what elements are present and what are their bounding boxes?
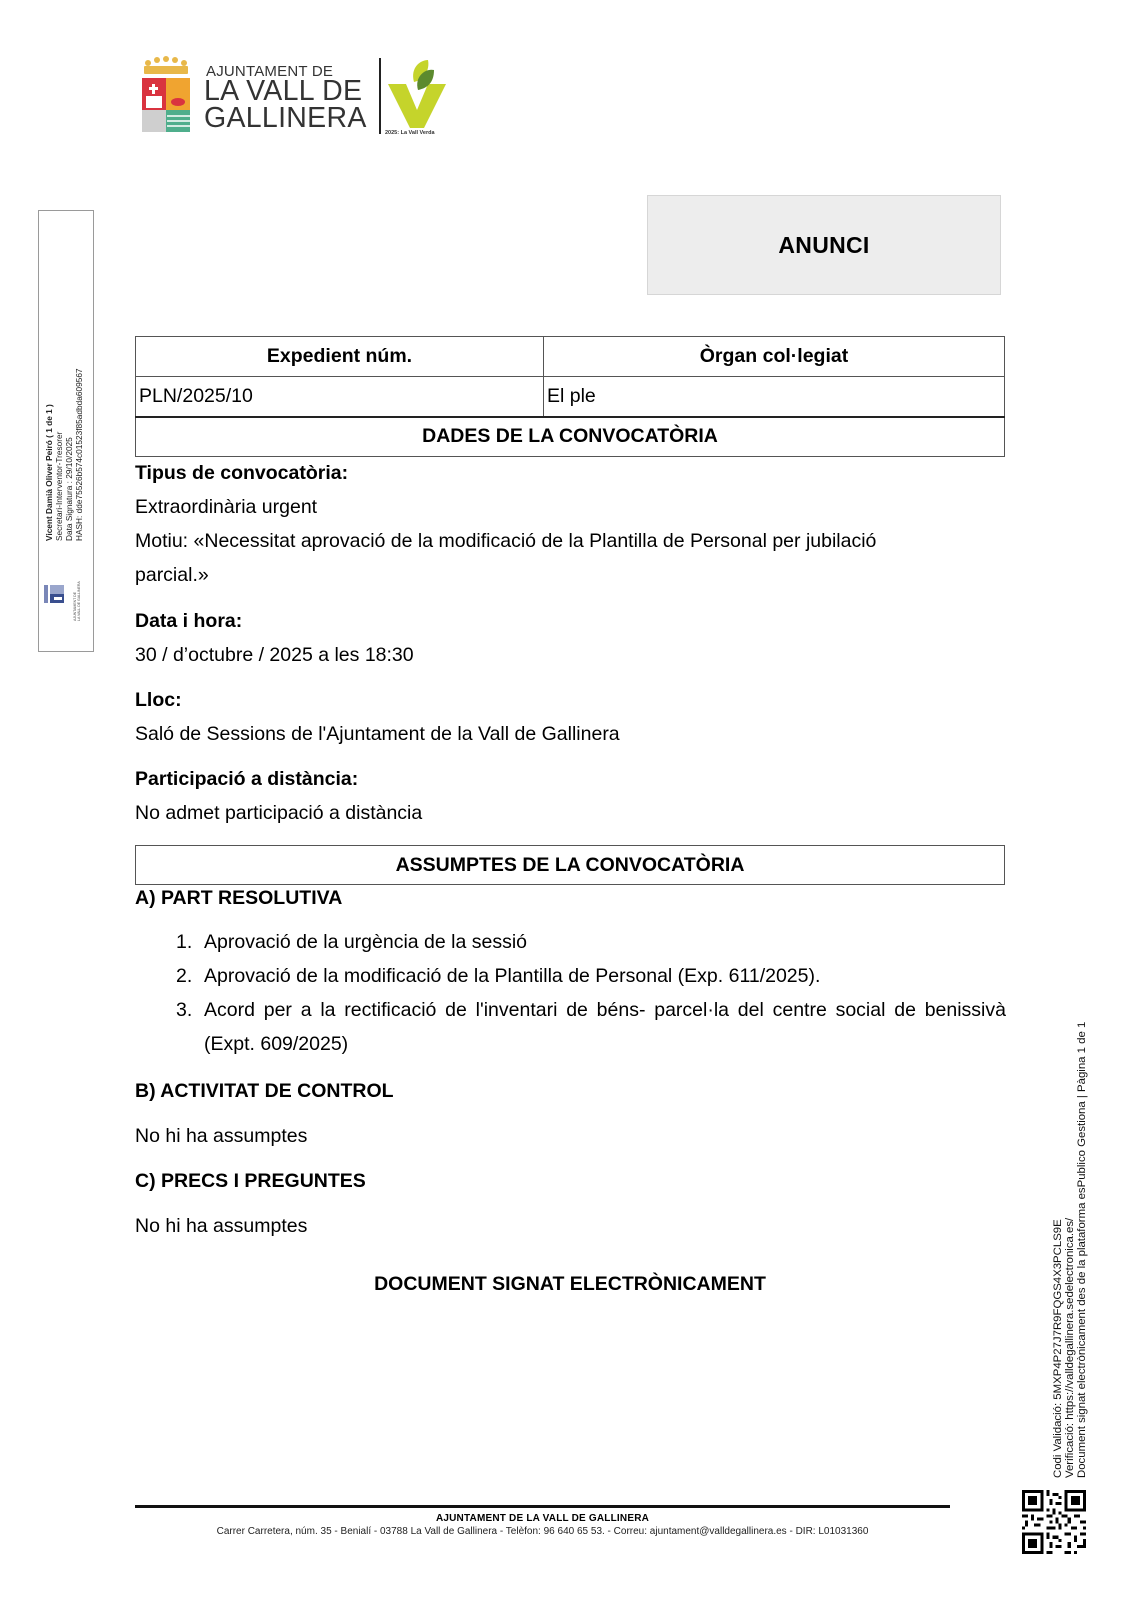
document-title: ANUNCI bbox=[778, 232, 869, 259]
list-item: 3.Acord per a la rectificació de l'inven… bbox=[176, 993, 1006, 1061]
logo-tagline: 2025: La Vall Verda bbox=[385, 130, 435, 136]
table-section-row: DADES DE LA CONVOCATÒRIA bbox=[136, 417, 1005, 457]
header-collegiate-body: Òrgan col·legiat bbox=[544, 337, 1005, 377]
part-c-value: No hi ha assumptes bbox=[135, 1215, 307, 1238]
place-value: Saló de Sessions de l'Ajuntament de la V… bbox=[135, 723, 620, 746]
part-a-heading: A) PART RESOLUTIVA bbox=[135, 887, 342, 910]
footer-title: AJUNTAMENT DE LA VALL DE GALLINERA bbox=[135, 1513, 950, 1524]
footer-divider bbox=[135, 1505, 950, 1508]
verification-block: Codi Validació: 5MXP4P27J7R9FQGS4X3PCLS9… bbox=[1052, 1022, 1088, 1478]
item-number: 1. bbox=[176, 925, 192, 959]
item-text: Aprovació de la modificació de la Planti… bbox=[204, 965, 820, 987]
logo-line-2: LA VALL DE GALLINERA bbox=[204, 78, 367, 132]
item-number: 3. bbox=[176, 993, 192, 1027]
remote-label: Participació a distància: bbox=[135, 768, 358, 791]
list-item: 2.Aprovació de la modificació de la Plan… bbox=[176, 959, 1006, 993]
agenda-list: 1.Aprovació de la urgència de la sessió … bbox=[176, 925, 1006, 1061]
agenda-section-text: ASSUMPTES DE LA CONVOCATÒRIA bbox=[396, 854, 745, 877]
signature-date: Data Signatura : 29/10/2025 bbox=[64, 368, 74, 541]
platform-notice: Document signat electrònicament des de l… bbox=[1076, 1022, 1088, 1478]
meeting-info-table: Expedient núm. Òrgan col·legiat PLN/2025… bbox=[135, 336, 1005, 457]
call-type-label: Tipus de convocatòria: bbox=[135, 462, 348, 485]
part-b-heading: B) ACTIVITAT DE CONTROL bbox=[135, 1080, 394, 1103]
signature-hash: HASH: dde75526b574c01523f85adbda609567 bbox=[74, 368, 84, 541]
part-b-value: No hi ha assumptes bbox=[135, 1125, 307, 1148]
item-text: Aprovació de la urgència de la sessió bbox=[204, 931, 527, 953]
municipality-logo: AJUNTAMENT DE LA VALL DE GALLINERA 2025:… bbox=[140, 54, 450, 140]
table-header-row: Expedient núm. Òrgan col·legiat bbox=[136, 337, 1005, 377]
list-item: 1.Aprovació de la urgència de la sessió bbox=[176, 925, 1006, 959]
coat-of-arms-icon bbox=[140, 54, 192, 137]
validation-code: Codi Validació: 5MXP4P27J7R9FQGS4X3PCLS9… bbox=[1052, 1022, 1064, 1478]
vall-verda-leaf-icon bbox=[384, 54, 450, 140]
section-title-agenda: ASSUMPTES DE LA CONVOCATÒRIA bbox=[135, 845, 1005, 885]
table-row: PLN/2025/10 El ple bbox=[136, 377, 1005, 417]
remote-value: No admet participació a distància bbox=[135, 802, 422, 825]
place-label: Lloc: bbox=[135, 689, 182, 712]
signed-notice: DOCUMENT SIGNAT ELECTRÒNICAMENT bbox=[135, 1273, 1005, 1296]
section-title-call-data: DADES DE LA CONVOCATÒRIA bbox=[136, 417, 1005, 457]
reason-line-1: Motiu: «Necessitat aprovació de la modif… bbox=[135, 530, 876, 553]
file-number-value: PLN/2025/10 bbox=[136, 377, 544, 417]
logo-line-3-text: GALLINERA bbox=[204, 105, 367, 132]
signature-details: Vicent Damià Oliver Peiró ( 1 de 1 ) Sec… bbox=[44, 368, 84, 541]
seal-caption-2: LA VALL DE GALLINERA bbox=[77, 581, 81, 621]
seal-caption: AJUNTAMENT DE LA VALL DE GALLINERA bbox=[73, 581, 81, 621]
document-type-box: ANUNCI bbox=[647, 195, 1001, 295]
signer-name: Vicent Damià Oliver Peiró ( 1 de 1 ) bbox=[44, 368, 54, 541]
collegiate-body-value: El ple bbox=[544, 377, 1005, 417]
signer-role: Secretari-Interventor-Tresorer bbox=[54, 368, 64, 541]
municipality-seal-icon bbox=[42, 583, 68, 605]
logo-divider bbox=[379, 58, 381, 134]
reason-line-2: parcial.» bbox=[135, 564, 209, 587]
date-value: 30 / d’octubre / 2025 a les 18:30 bbox=[135, 644, 414, 667]
item-number: 2. bbox=[176, 959, 192, 993]
footer-address: Carrer Carretera, núm. 35 - Benialí - 03… bbox=[135, 1526, 950, 1537]
item-text: Acord per a la rectificació de l'inventa… bbox=[204, 999, 1006, 1055]
part-c-heading: C) PRECS I PREGUNTES bbox=[135, 1170, 366, 1193]
date-label: Data i hora: bbox=[135, 610, 242, 633]
logo-line-2-text: LA VALL DE bbox=[204, 78, 367, 105]
call-type-value: Extraordinària urgent bbox=[135, 496, 317, 519]
signature-strip: Vicent Damià Oliver Peiró ( 1 de 1 ) Sec… bbox=[38, 210, 94, 652]
verification-url: Verificació: https://valldegallinera.sed… bbox=[1064, 1022, 1076, 1478]
qr-code-icon[interactable] bbox=[1022, 1490, 1086, 1554]
header-file-number: Expedient núm. bbox=[136, 337, 544, 377]
